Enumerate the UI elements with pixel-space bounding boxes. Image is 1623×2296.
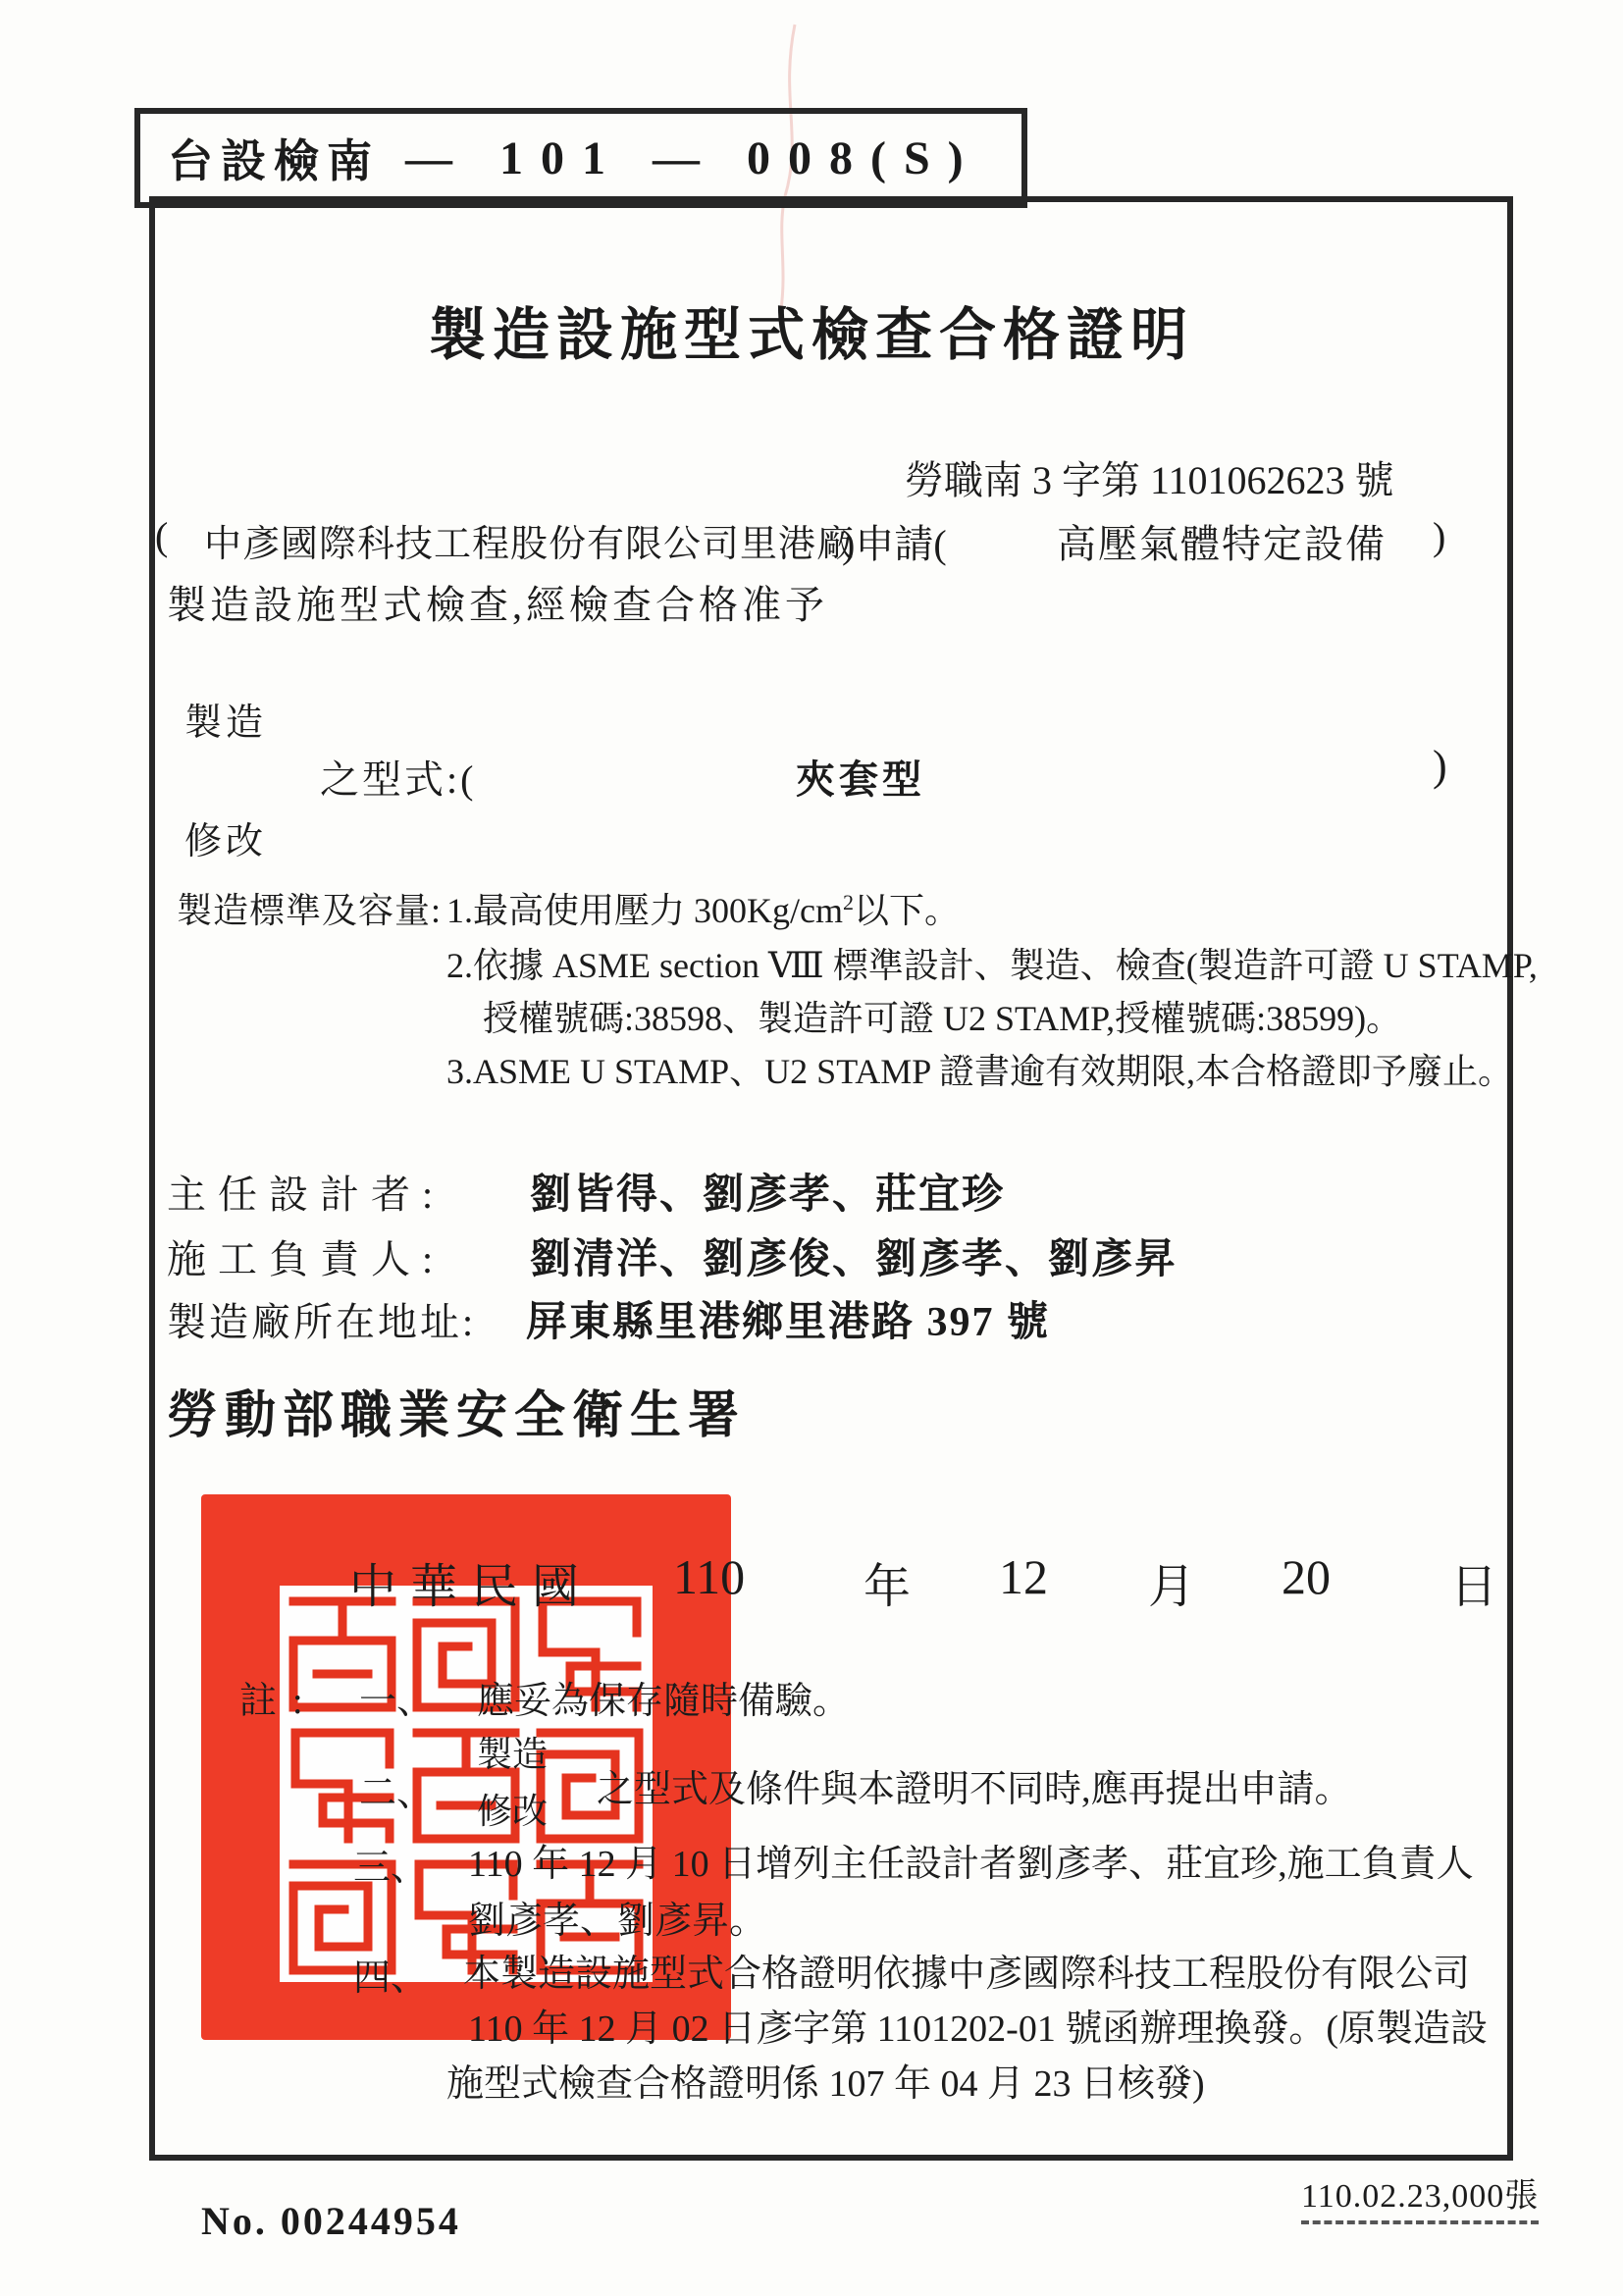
note-3-line-2: 劉彥孝、劉彥昇。 bbox=[468, 1890, 766, 1944]
note-1-number: 一、 bbox=[359, 1670, 434, 1724]
standards-item-1: 1.最高使用壓力 300Kg/cm2以下。 bbox=[446, 883, 960, 933]
note-4-line-2: 110 年 12 月 02 日彥字第 1101202-01 號函辦理換發。(原製… bbox=[468, 1998, 1488, 2052]
applicant-close-paren: ) bbox=[1433, 513, 1445, 559]
issuing-authority: 勞動部職業安全衛生署 bbox=[167, 1374, 746, 1447]
date-year-unit: 年 bbox=[864, 1548, 911, 1616]
note-4-number: 四、 bbox=[353, 1947, 428, 2001]
construction-leads-names: 劉清洋、劉彥俊、劉彥孝、劉彥昇 bbox=[530, 1226, 1178, 1285]
standards-item-1-tail: 以下。 bbox=[854, 891, 960, 930]
note-2-modify-label: 修改 bbox=[477, 1784, 548, 1834]
date-month: 12 bbox=[999, 1548, 1048, 1605]
standards-item-1-text: 1.最高使用壓力 300Kg/cm bbox=[446, 891, 843, 930]
notes-label: 註: bbox=[239, 1670, 319, 1724]
note-4-line-3: 施型式檢查合格證明係 107 年 04 月 23 日核發) bbox=[446, 2053, 1205, 2107]
standards-item-2-line-2: 授權號碼:38598、製造許可證 U2 STAMP,授權號碼:38599)。 bbox=[483, 991, 1401, 1041]
standards-item-3: 3.ASME U STAMP、U2 STAMP 證書逾有效期限,本合格證即予廢止… bbox=[446, 1044, 1513, 1094]
note-1-text: 應妥為保存隨時備驗。 bbox=[477, 1670, 850, 1724]
type-modify-label: 修改 bbox=[184, 810, 267, 864]
note-3-line-1: 110 年 12 月 10 日增列主任設計者劉彥孝、莊宜珍,施工負責人 bbox=[468, 1833, 1474, 1887]
date-day-unit: 日 bbox=[1450, 1548, 1497, 1616]
print-batch-code: 110.02.23,000張 bbox=[1301, 2168, 1539, 2224]
note-2-number: 二、 bbox=[359, 1762, 434, 1816]
factory-address-value: 屏東縣里港鄉里港路 397 號 bbox=[526, 1289, 1050, 1348]
serial-number: No. 00244954 bbox=[201, 2198, 461, 2244]
reference-number: — 101 — 008(S) bbox=[405, 131, 981, 185]
note-4-line-1: 本製造設施型式合格證明依據中彥國際科技工程股份有限公司 bbox=[463, 1943, 1470, 1997]
equipment-type: 高壓氣體特定設備 bbox=[1057, 513, 1387, 569]
factory-address-label: 製造廠所在地址: bbox=[167, 1291, 476, 1347]
applicant-open-paren: ( bbox=[155, 513, 168, 559]
type-field-label: 之型式:( bbox=[320, 749, 476, 805]
standards-label: 製造標準及容量: bbox=[177, 883, 442, 933]
chief-designers-names: 劉皆得、劉彥孝、莊宜珍 bbox=[530, 1162, 1005, 1221]
construction-leads-label: 施工負責人: bbox=[167, 1228, 445, 1284]
approval-statement: 製造設施型式檢查,經檢查合格准予 bbox=[167, 574, 828, 630]
note-2-make-label: 製造 bbox=[477, 1727, 548, 1777]
chief-designers-label: 主任設計者: bbox=[167, 1164, 445, 1220]
type-make-label: 製造 bbox=[184, 692, 267, 746]
reference-prefix: 台設檢南 bbox=[168, 126, 380, 190]
certificate-title: 製造設施型式檢查合格證明 bbox=[0, 288, 1623, 371]
standards-item-1-superscript: 2 bbox=[843, 890, 854, 914]
date-era: 中華民國 bbox=[349, 1548, 593, 1616]
note-3-number: 三、 bbox=[353, 1837, 428, 1891]
document-number: 勞職南 3 字第 1101062623 號 bbox=[905, 449, 1394, 505]
date-year: 110 bbox=[673, 1548, 745, 1605]
type-close-paren: ) bbox=[1433, 741, 1447, 791]
date-day: 20 bbox=[1282, 1548, 1331, 1605]
certificate-page: 台設檢南 — 101 — 008(S) 製造設施型式檢查合格證明 勞職南 3 字… bbox=[0, 0, 1623, 2296]
date-month-unit: 月 bbox=[1148, 1548, 1195, 1616]
standards-item-2-line-1: 2.依據 ASME section Ⅷ 標準設計、製造、檢查(製造許可證 U S… bbox=[446, 938, 1538, 988]
reference-number-box: 台設檢南 — 101 — 008(S) bbox=[134, 108, 1027, 208]
note-2-text: 之型式及條件與本證明不同時,應再提出申請。 bbox=[597, 1758, 1352, 1812]
applicant-apply-label: )申請( bbox=[842, 513, 947, 569]
applicant-name: 中彥國際科技工程股份有限公司里港廠 bbox=[204, 513, 855, 567]
type-value: 夾套型 bbox=[796, 749, 925, 805]
